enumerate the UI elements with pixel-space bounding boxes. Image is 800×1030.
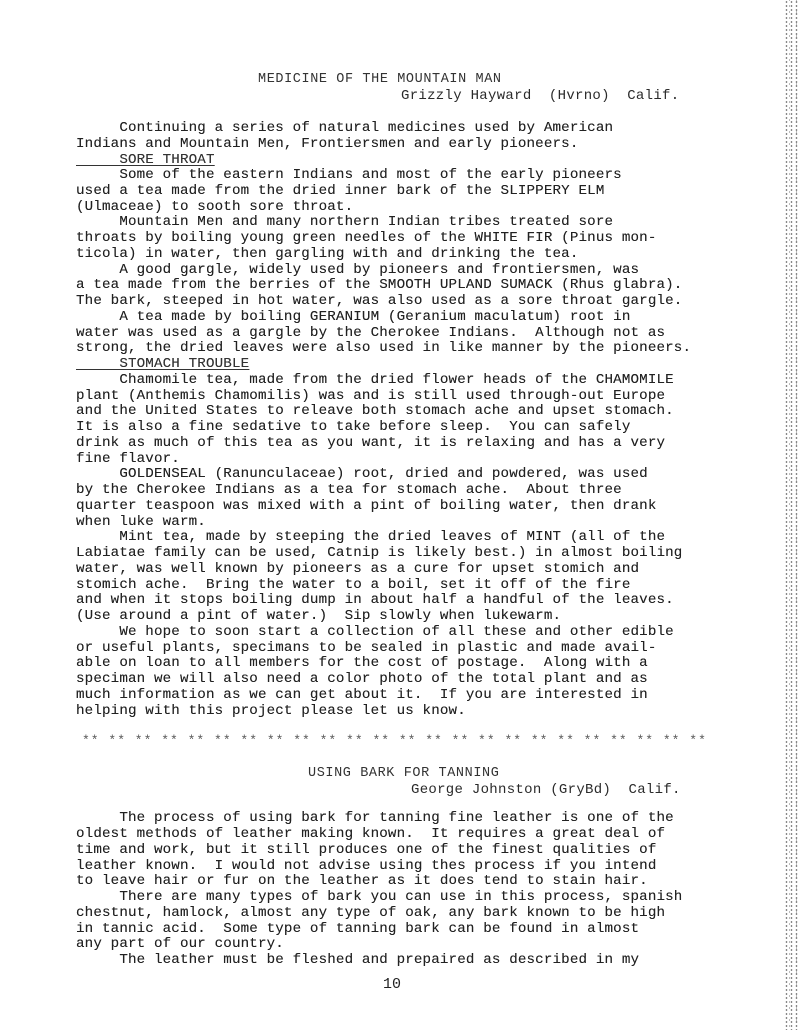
section-heading-sore-throat: SORE THROAT: [76, 152, 215, 168]
text-line: water, was well known by pioneers as a c…: [76, 561, 639, 577]
text-line: chestnut, hamlock, almost any type of oa…: [76, 905, 665, 921]
text-line: A tea made by boiling GERANIUM (Geranium…: [76, 309, 631, 325]
text-line: much information as we can get about it.…: [76, 687, 648, 703]
page-number: 10: [383, 976, 401, 993]
text-line: or useful plants, specimans to be sealed…: [76, 640, 656, 656]
asterisk-divider: ** ** ** ** ** ** ** ** ** ** ** ** ** *…: [82, 733, 747, 748]
text-line: Continuing a series of natural medicines…: [76, 120, 613, 136]
text-line: plant (Anthemis Chamomilis) was and is s…: [76, 388, 665, 404]
text-line: The bark, steeped in hot water, was also…: [76, 293, 682, 309]
text-line: It is also a fine sedative to take befor…: [76, 419, 631, 435]
text-line: stomich ache. Bring the water to a boil,…: [76, 577, 631, 593]
text-line: Chamomile tea, made from the dried flowe…: [76, 372, 674, 388]
text-line: Indians and Mountain Men, Frontiersmen a…: [76, 136, 579, 152]
text-line: by the Cherokee Indians as a tea for sto…: [76, 482, 622, 498]
text-line: There are many types of bark you can use…: [76, 889, 682, 905]
text-line: water was used as a gargle by the Cherok…: [76, 325, 665, 341]
text-line: quarter teaspoon was mixed with a pint o…: [76, 498, 656, 514]
text-line: drink as much of this tea as you want, i…: [76, 435, 665, 451]
text-line: oldest methods of leather making known. …: [76, 826, 665, 842]
article-byline-medicine: Grizzly Hayward (Hvrno) Calif.: [401, 88, 679, 104]
text-line: Labiatae family can be used, Catnip is l…: [76, 545, 682, 561]
text-line: ticola) in water, then gargling with and…: [76, 246, 579, 262]
text-line: A good gargle, widely used by pioneers a…: [76, 262, 639, 278]
text-line: and when it stops boiling dump in about …: [76, 592, 674, 608]
text-line: time and work, but it still produces one…: [76, 842, 656, 858]
text-line: throats by boiling young green needles o…: [76, 230, 656, 246]
text-line: (Use around a pint of water.) Sip slowly…: [76, 608, 561, 624]
article-title-tanning: USING BARK FOR TANNING: [308, 766, 499, 782]
text-line: when luke warm.: [76, 514, 206, 530]
text-line: GOLDENSEAL (Ranunculaceae) root, dried a…: [76, 466, 648, 482]
text-line: fine flavor.: [76, 451, 180, 467]
text-line: in tannic acid. Some type of tanning bar…: [76, 921, 639, 937]
text-line: (Ulmaceae) to sooth sore throat.: [76, 199, 353, 215]
text-line: leather known. I would not advise using …: [76, 858, 656, 874]
text-line: helping with this project please let us …: [76, 703, 466, 719]
text-line: The process of using bark for tanning fi…: [76, 810, 674, 826]
text-line: and the United States to releave both st…: [76, 403, 674, 419]
text-line: able on loan to all members for the cost…: [76, 655, 648, 671]
text-line: to leave hair or fur on the leather as i…: [76, 873, 648, 889]
article-byline-tanning: George Johnston (GryBd) Calif.: [411, 782, 681, 798]
article-title-medicine: MEDICINE OF THE MOUNTAIN MAN: [258, 72, 502, 88]
text-line: Some of the eastern Indians and most of …: [76, 167, 622, 183]
text-line: strong, the dried leaves were also used …: [76, 340, 691, 356]
text-line: used a tea made from the dried inner bar…: [76, 183, 605, 199]
text-line: Mint tea, made by steeping the dried lea…: [76, 529, 665, 545]
document-page: MEDICINE OF THE MOUNTAIN MAN Grizzly Hay…: [0, 0, 800, 1030]
section-heading-stomach-trouble: STOMACH TROUBLE: [76, 356, 249, 372]
text-line: We hope to soon start a collection of al…: [76, 624, 674, 640]
scan-edge-noise: [784, 0, 798, 1030]
text-line: The leather must be fleshed and prepaire…: [76, 952, 639, 968]
text-line: any part of our country.: [76, 936, 284, 952]
text-line: a tea made from the berries of the SMOOT…: [76, 277, 682, 293]
text-line: Mountain Men and many northern Indian tr…: [76, 214, 613, 230]
text-line: speciman we will also need a color photo…: [76, 671, 648, 687]
